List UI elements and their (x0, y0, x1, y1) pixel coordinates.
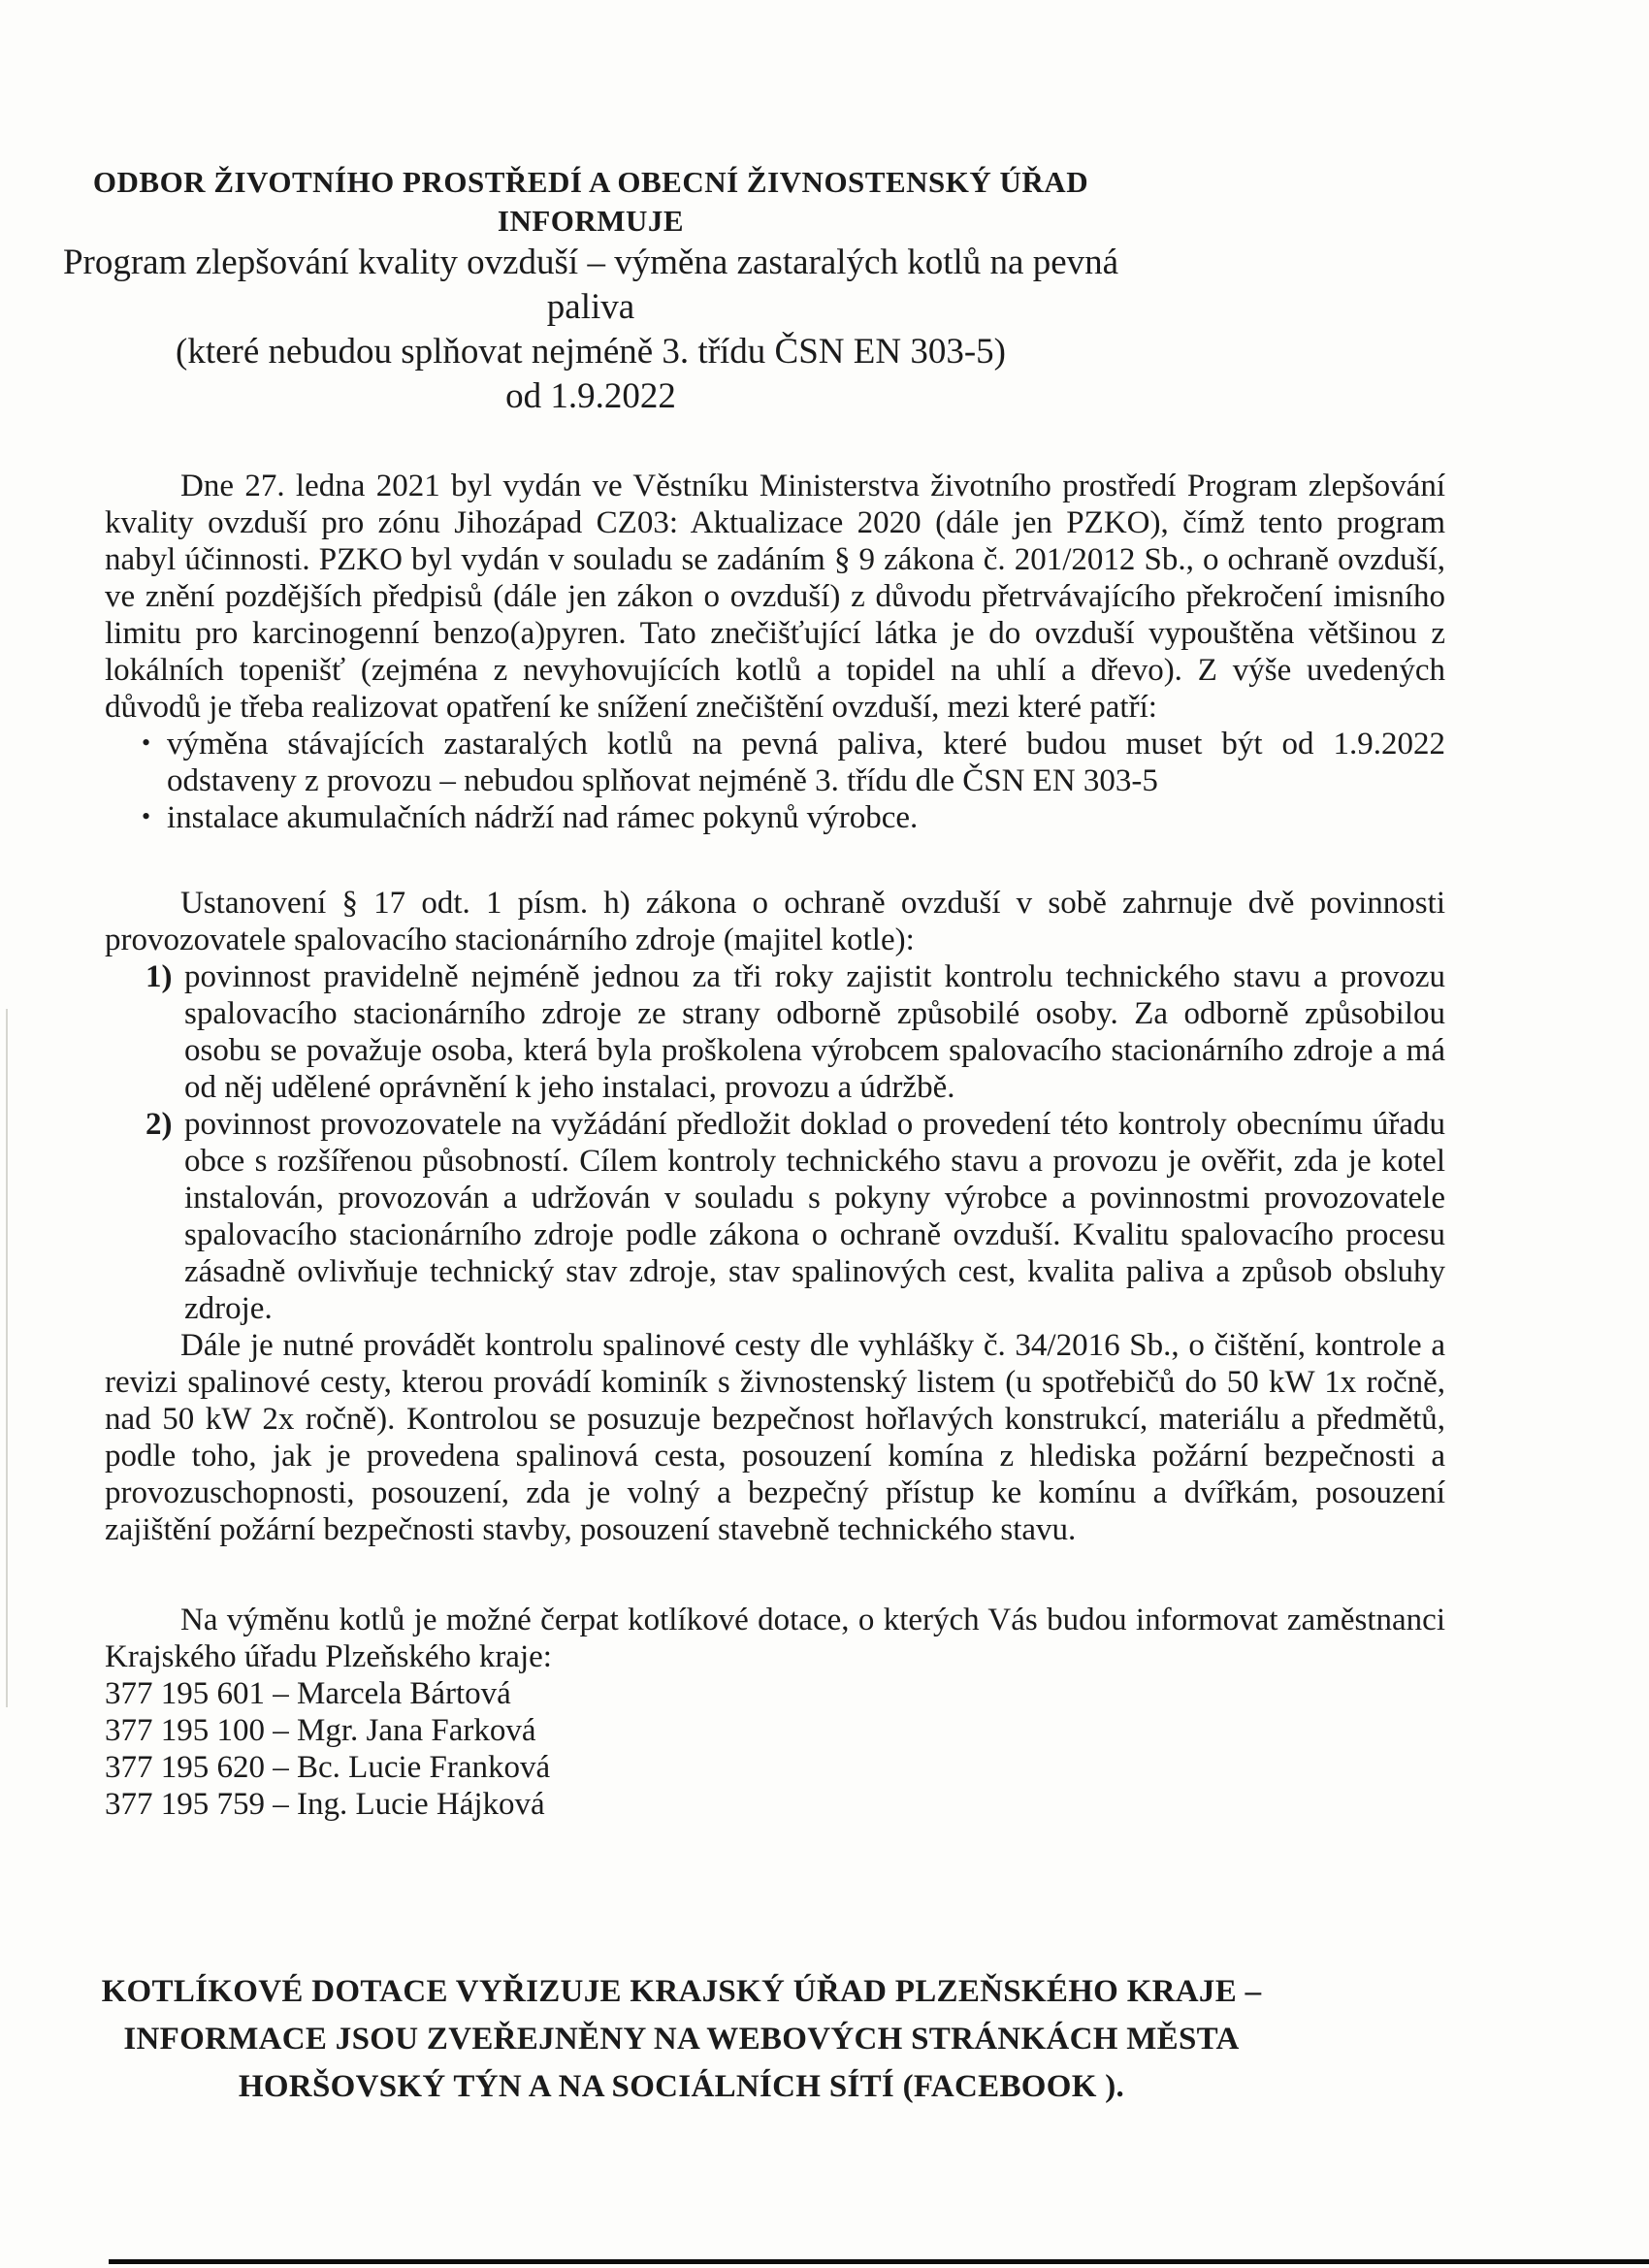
document-footer: KOTLÍKOVÉ DOTACE VYŘIZUJE KRAJSKÝ ÚŘAD P… (0, 1968, 1363, 2111)
header-line-2: INFORMUJE (48, 202, 1133, 241)
numbered-item-text: povinnost provozovatele na vyžádání před… (184, 1107, 1445, 1326)
footer-line-2: INFORMACE JSOU ZVEŘEJNĚNY NA WEBOVÝCH ST… (0, 2016, 1363, 2063)
bullet-item: • instalace akumulačních nádrží nad ráme… (105, 799, 1445, 836)
numbered-list: 1) povinnost pravidelně nejméně jednou z… (105, 958, 1445, 1327)
subtitle-line-2: (které nebudou splňovat nejméně 3. třídu… (48, 330, 1133, 374)
subtitle-line-3: od 1.9.2022 (48, 374, 1133, 419)
bullet-text: výměna stávajících zastaralých kotlů na … (167, 727, 1445, 798)
document-subtitle: Program zlepšování kvality ovzduší – vým… (48, 241, 1133, 419)
document-header: ODBOR ŽIVOTNÍHO PROSTŘEDÍ A OBECNÍ ŽIVNO… (48, 163, 1133, 241)
scan-edge-artifact-bottom (109, 2259, 1649, 2264)
footer-line-3: HORŠOVSKÝ TÝN A NA SOCIÁLNÍCH SÍTÍ (FACE… (0, 2063, 1363, 2111)
bullet-text: instalace akumulačních nádrží nad rámec … (167, 800, 918, 835)
contact-line: 377 195 601 – Marcela Bártová (105, 1675, 1445, 1712)
bullet-item: • výměna stávajících zastaralých kotlů n… (105, 726, 1445, 799)
contact-line: 377 195 100 – Mgr. Jana Farková (105, 1712, 1445, 1749)
scan-edge-artifact-left (6, 1009, 8, 1707)
document-page: ODBOR ŽIVOTNÍHO PROSTŘEDÍ A OBECNÍ ŽIVNO… (0, 0, 1649, 2268)
paragraph-obligations-intro: Ustanovení § 17 odt. 1 písm. h) zákona o… (105, 885, 1445, 958)
contact-line: 377 195 620 – Bc. Lucie Franková (105, 1749, 1445, 1786)
numbered-item: 2) povinnost provozovatele na vyžádání p… (105, 1106, 1445, 1327)
bullet-list: • výměna stávajících zastaralých kotlů n… (105, 726, 1445, 836)
contact-list: 377 195 601 – Marcela Bártová 377 195 10… (105, 1675, 1445, 1823)
list-marker: 1) (145, 958, 173, 995)
numbered-item: 1) povinnost pravidelně nejméně jednou z… (105, 958, 1445, 1106)
paragraph-subsidies-intro: Na výměnu kotlů je možné čerpat kotlíkov… (105, 1602, 1445, 1675)
scanned-document-page: { "colors": { "paper": "#fdfdfb", "ink":… (0, 0, 1649, 2268)
footer-line-1: KOTLÍKOVÉ DOTACE VYŘIZUJE KRAJSKÝ ÚŘAD P… (0, 1968, 1363, 2016)
paragraph-intro: Dne 27. ledna 2021 byl vydán ve Věstníku… (105, 468, 1445, 726)
header-line-1: ODBOR ŽIVOTNÍHO PROSTŘEDÍ A OBECNÍ ŽIVNO… (48, 163, 1133, 202)
bullet-dot-icon: • (142, 798, 150, 835)
subtitle-line-1: Program zlepšování kvality ovzduší – vým… (48, 241, 1133, 330)
numbered-item-text: povinnost pravidelně nejméně jednou za t… (184, 959, 1445, 1105)
contact-line: 377 195 759 – Ing. Lucie Hájková (105, 1786, 1445, 1823)
paragraph-chimney-inspection: Dále je nutné provádět kontrolu spalinov… (105, 1327, 1445, 1548)
bullet-dot-icon: • (142, 725, 150, 761)
list-marker: 2) (145, 1106, 173, 1143)
